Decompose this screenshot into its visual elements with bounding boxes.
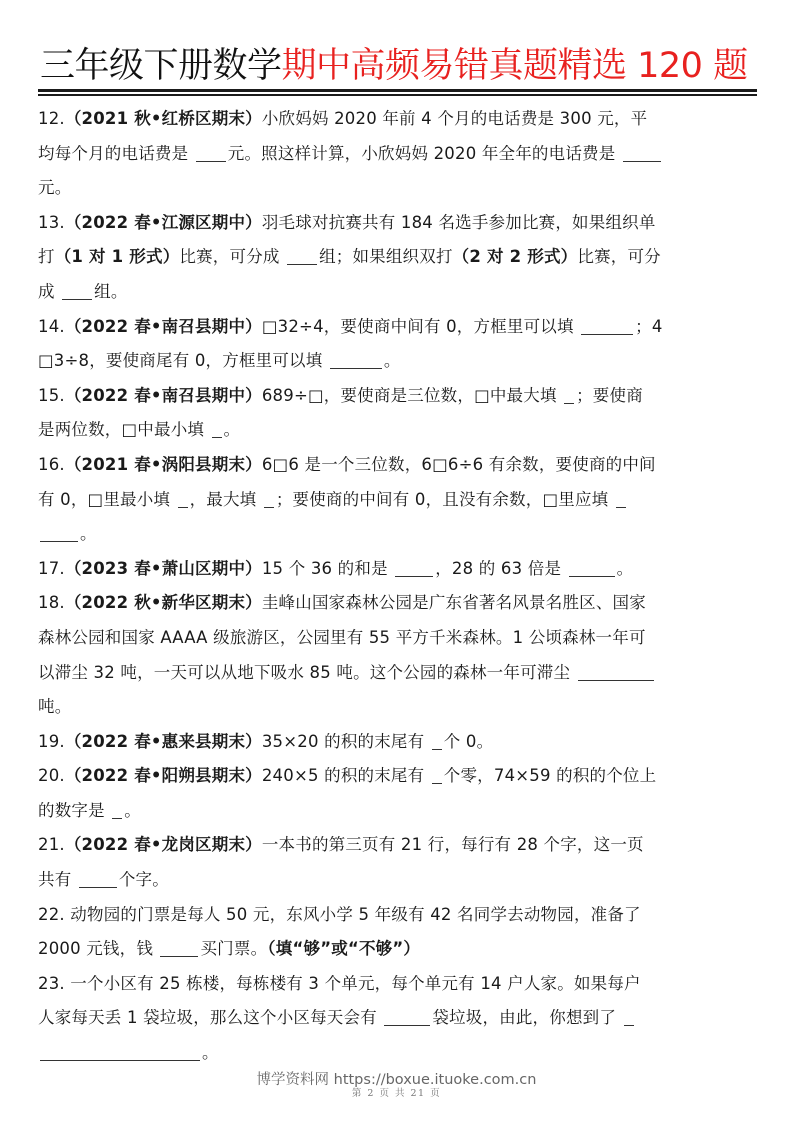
question-text: 动物园的门票是每人 50 元，东风小学 5 年级有 42 名同学去动物园，准备了 [70,905,640,924]
question-text: 均每个月的电话费是 [38,144,194,163]
question-text: 组；如果组织双打 [319,247,453,266]
question-number: 14. [38,317,65,336]
question-20: 20.（2022 春•阳朔县期末）240×5 的积的末尾有 个零，74×59 的… [38,761,758,830]
question-text: 吨。 [38,697,71,716]
question-text: ；要使商 [576,386,643,405]
answer-blank[interactable] [623,143,661,162]
question-text: 打 [38,247,55,266]
question-19: 19.（2022 春•惠来县期末）35×20 的积的末尾有 个 0。 [38,727,758,762]
answer-blank[interactable] [581,316,633,335]
question-12: 12.（2021 秋•红桥区期末）小欣妈妈 2020 年前 4 个月的电话费是 … [38,104,758,208]
title-rule-thin [38,94,757,96]
question-text: 比赛，可分 [577,247,661,266]
question-21: 21.（2022 春•龙岗区期末）一本书的第三页有 21 行，每行有 28 个字… [38,830,758,899]
answer-blank[interactable] [160,938,198,957]
question-text: 240×5 的积的末尾有 [262,766,430,785]
answer-blank[interactable] [578,662,654,681]
question-text: 2000 元钱，钱 [38,939,158,958]
question-source: （2022 春•南召县期中） [65,386,262,405]
question-text: 一本书的第三页有 21 行，每行有 28 个字，这一页 [262,835,644,854]
question-text: 15 个 36 的和是 [262,559,393,578]
question-text: 。 [80,524,97,543]
question-text: 35×20 的积的末尾有 [262,732,430,751]
question-text: 个零，74×59 的积的个位上 [444,766,657,785]
question-text: 个字。 [119,870,169,889]
question-text: 的数字是 [38,801,110,820]
question-number: 23. [38,974,65,993]
answer-blank[interactable] [40,1042,200,1061]
question-number: 21. [38,835,65,854]
answer-blank[interactable] [432,765,442,784]
question-number: 22. [38,905,65,924]
question-text: 元。照这样计算，小欣妈妈 2020 年全年的电话费是 [228,144,621,163]
question-text: □32÷4，要使商中间有 0，方框里可以填 [262,317,579,336]
question-source: （2022 春•龙岗区期末） [65,835,262,854]
question-18: 18.（2022 秋•新华区期末）圭峰山国家森林公园是广东省著名风景名胜区、国家… [38,588,758,726]
answer-blank[interactable] [178,489,188,508]
answer-blank[interactable] [330,350,382,369]
question-source: （2022 春•惠来县期末） [65,732,262,751]
question-number: 17. [38,559,65,578]
answer-blank[interactable] [624,1007,634,1026]
question-text: 6□6 是一个三位数，6□6÷6 有余数，要使商的中间 [262,455,656,474]
answer-blank[interactable] [432,731,442,750]
question-22: 22. 动物园的门票是每人 50 元，东风小学 5 年级有 42 名同学去动物园… [38,900,758,969]
answer-blank[interactable] [616,489,626,508]
question-text: 689÷□，要使商是三位数，□中最大填 [262,386,562,405]
question-source: （2022 春•阳朔县期末） [65,766,262,785]
question-23: 23. 一个小区有 25 栋楼，每栋楼有 3 个单元，每个单元有 14 户人家。… [38,969,758,1073]
question-number: 19. [38,732,65,751]
question-text: □3÷8，要使商尾有 0，方框里可以填 [38,351,328,370]
question-text: ，最大填 [190,490,262,509]
question-number: 20. [38,766,65,785]
question-text: 元。 [38,178,71,197]
question-text: ，28 的 63 倍是 [435,559,566,578]
answer-blank[interactable] [212,419,222,438]
answer-blank[interactable] [395,558,433,577]
answer-blank[interactable] [287,246,317,265]
question-source: （2023 春•萧山区期中） [65,559,262,578]
answer-blank[interactable] [384,1007,430,1026]
answer-blank[interactable] [264,489,274,508]
question-source: （2022 春•南召县期中） [65,317,262,336]
question-text: 。 [384,351,401,370]
answer-blank[interactable] [569,558,615,577]
question-text: 。 [617,559,634,578]
question-14: 14.（2022 春•南召县期中）□32÷4，要使商中间有 0，方框里可以填 ；… [38,312,758,381]
title-rule-thick [38,89,757,92]
question-number: 12. [38,109,65,128]
question-list: 12.（2021 秋•红桥区期末）小欣妈妈 2020 年前 4 个月的电话费是 … [38,104,758,1073]
question-source: （2022 秋•新华区期末） [65,593,262,612]
question-text: 森林公园和国家 AAAA 级旅游区，公园里有 55 平方千米森林。1 公顷森林一… [38,628,646,647]
question-text: 袋垃圾，由此，你想到了 [432,1008,621,1027]
question-text: 一个小区有 25 栋楼，每栋楼有 3 个单元，每个单元有 14 户人家。如果每户 [70,974,640,993]
question-15: 15.（2022 春•南召县期中）689÷□，要使商是三位数，□中最大填 ；要使… [38,381,758,450]
question-17: 17.（2023 春•萧山区期中）15 个 36 的和是 ，28 的 63 倍是… [38,554,758,589]
question-text: 。 [124,801,141,820]
page-number: 第 2 页 共 21 页 [0,1085,793,1099]
question-text: 是两位数，□中最小填 [38,420,210,439]
question-source: （2021 春•涡阳县期末） [65,455,262,474]
question-text: 羽毛球对抗赛共有 184 名选手参加比赛，如果组织单 [262,213,656,232]
answer-blank[interactable] [62,281,92,300]
question-number: 16. [38,455,65,474]
question-text-bold: （2 对 2 形式） [453,247,578,266]
question-text: 成 [38,282,60,301]
question-text: ；4 [635,317,662,336]
question-text: ；要使商的中间有 0，且没有余数，□里应填 [276,490,614,509]
question-text: 比赛，可分成 [179,247,285,266]
answer-blank[interactable] [112,800,122,819]
question-source: （2022 春•江源区期中） [65,213,262,232]
question-text: 组。 [94,282,127,301]
question-text: 圭峰山国家森林公园是广东省著名风景名胜区、国家 [262,593,646,612]
answer-blank[interactable] [79,869,117,888]
question-text: 买门票。 [200,939,267,958]
question-text: 。 [202,1043,219,1062]
title-red-part: 期中高频易错真题精选 120 题 [282,46,748,86]
question-text: 有 0，□里最小填 [38,490,176,509]
question-13: 13.（2022 春•江源区期中）羽毛球对抗赛共有 184 名选手参加比赛，如果… [38,208,758,312]
question-hint: （填“够”或“不够”） [267,939,420,958]
answer-blank[interactable] [564,385,574,404]
question-text: 共有 [38,870,77,889]
document-title: 三年级下册数学期中高频易错真题精选 120 题 [40,40,760,92]
question-text: 人家每天丢 1 袋垃圾，那么这个小区每天会有 [38,1008,382,1027]
question-text: 。 [224,420,241,439]
question-number: 15. [38,386,65,405]
question-text-bold: （1 对 1 形式） [55,247,180,266]
question-text: 小欣妈妈 2020 年前 4 个月的电话费是 300 元，平 [262,109,647,128]
question-number: 13. [38,213,65,232]
question-number: 18. [38,593,65,612]
question-text: 个 0。 [444,732,494,751]
question-source: （2021 秋•红桥区期末） [65,109,262,128]
answer-blank[interactable] [196,143,226,162]
question-16: 16.（2021 春•涡阳县期末）6□6 是一个三位数，6□6÷6 有余数，要使… [38,450,758,554]
question-text: 以滞尘 32 吨，一天可以从地下吸水 85 吨。这个公园的森林一年可滞尘 [38,663,576,682]
answer-blank[interactable] [40,523,78,542]
title-black-part: 三年级下册数学 [40,46,282,86]
